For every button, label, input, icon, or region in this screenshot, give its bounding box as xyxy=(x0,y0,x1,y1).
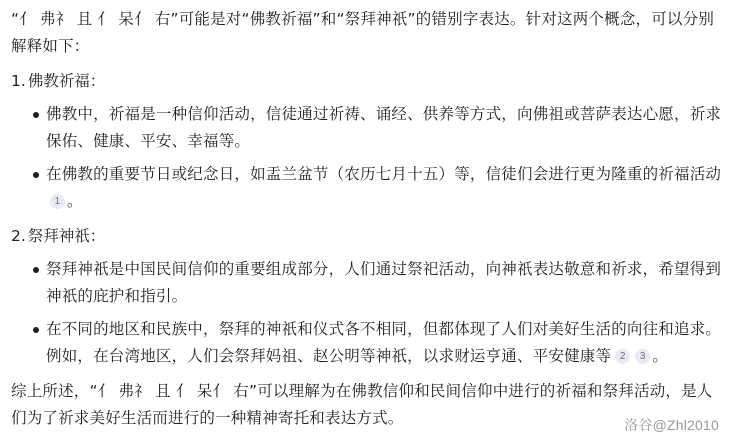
section-title: 祭拜神祇： xyxy=(28,227,106,245)
bullet-icon xyxy=(33,267,39,273)
section-buddhist-blessing: 1.佛教祈福： 佛教中，祈福是一种信仰活动，信徒通过祈祷、诵经、供养等方式，向佛… xyxy=(11,68,727,215)
citation-badge-3[interactable]: 3 xyxy=(635,349,650,364)
summary-paragraph: 综上所述，“亻 弗礻 且 亻 呆亻 右”可以理解为在佛教信仰和民间信仰中进行的祈… xyxy=(11,378,727,432)
watermark: 洛谷@Zhl2010 xyxy=(624,415,719,435)
bullet-list: 祭拜神祇是中国民间信仰的重要组成部分，人们通过祭祀活动，向神祇表达敬意和祈求，希… xyxy=(32,256,727,370)
list-item-text: 在佛教的重要节日或纪念日，如盂兰盆节（农历七月十五）等，信徒们会进行更为隆重的祈… xyxy=(46,165,721,183)
list-item: 在佛教的重要节日或纪念日，如盂兰盆节（农历七月十五）等，信徒们会进行更为隆重的祈… xyxy=(32,161,727,215)
section-heading: 2.祭拜神祇： xyxy=(11,223,727,250)
section-title: 佛教祈福： xyxy=(28,72,106,90)
bullet-icon xyxy=(33,327,39,333)
section-worship-deities: 2.祭拜神祇： 祭拜神祇是中国民间信仰的重要组成部分，人们通过祭祀活动，向神祇表… xyxy=(11,223,727,370)
list-item: 祭拜神祇是中国民间信仰的重要组成部分，人们通过祭祀活动，向神祇表达敬意和祈求，希… xyxy=(32,256,727,310)
section-heading: 1.佛教祈福： xyxy=(11,68,727,95)
citation-badge-1[interactable]: 1 xyxy=(50,194,65,209)
section-number: 1. xyxy=(11,72,26,90)
answer-document: “亻 弗礻 且 亻 呆亻 右”可能是对“佛教祈福”和“祭拜神祇”的错别字表达。针… xyxy=(11,6,727,432)
bullet-icon xyxy=(33,172,39,178)
bullet-icon xyxy=(33,112,39,118)
list-item-trailing: 。 xyxy=(67,192,83,210)
citation-badge-2[interactable]: 2 xyxy=(615,349,630,364)
bullet-list: 佛教中，祈福是一种信仰活动，信徒通过祈祷、诵经、供养等方式，向佛祖或菩萨表达心愿… xyxy=(32,101,727,215)
list-item: 佛教中，祈福是一种信仰活动，信徒通过祈祷、诵经、供养等方式，向佛祖或菩萨表达心愿… xyxy=(32,101,727,155)
list-item: 在不同的地区和民族中，祭拜的神祇和仪式各不相同，但都体现了人们对美好生活的向往和… xyxy=(32,316,727,370)
list-item-text: 祭拜神祇是中国民间信仰的重要组成部分，人们通过祭祀活动，向神祇表达敬意和祈求，希… xyxy=(46,260,721,305)
list-item-trailing: 。 xyxy=(652,347,668,365)
intro-paragraph: “亻 弗礻 且 亻 呆亻 右”可能是对“佛教祈福”和“祭拜神祇”的错别字表达。针… xyxy=(11,6,727,60)
list-item-text: 佛教中，祈福是一种信仰活动，信徒通过祈祷、诵经、供养等方式，向佛祖或菩萨表达心愿… xyxy=(46,105,721,150)
section-number: 2. xyxy=(11,227,26,245)
